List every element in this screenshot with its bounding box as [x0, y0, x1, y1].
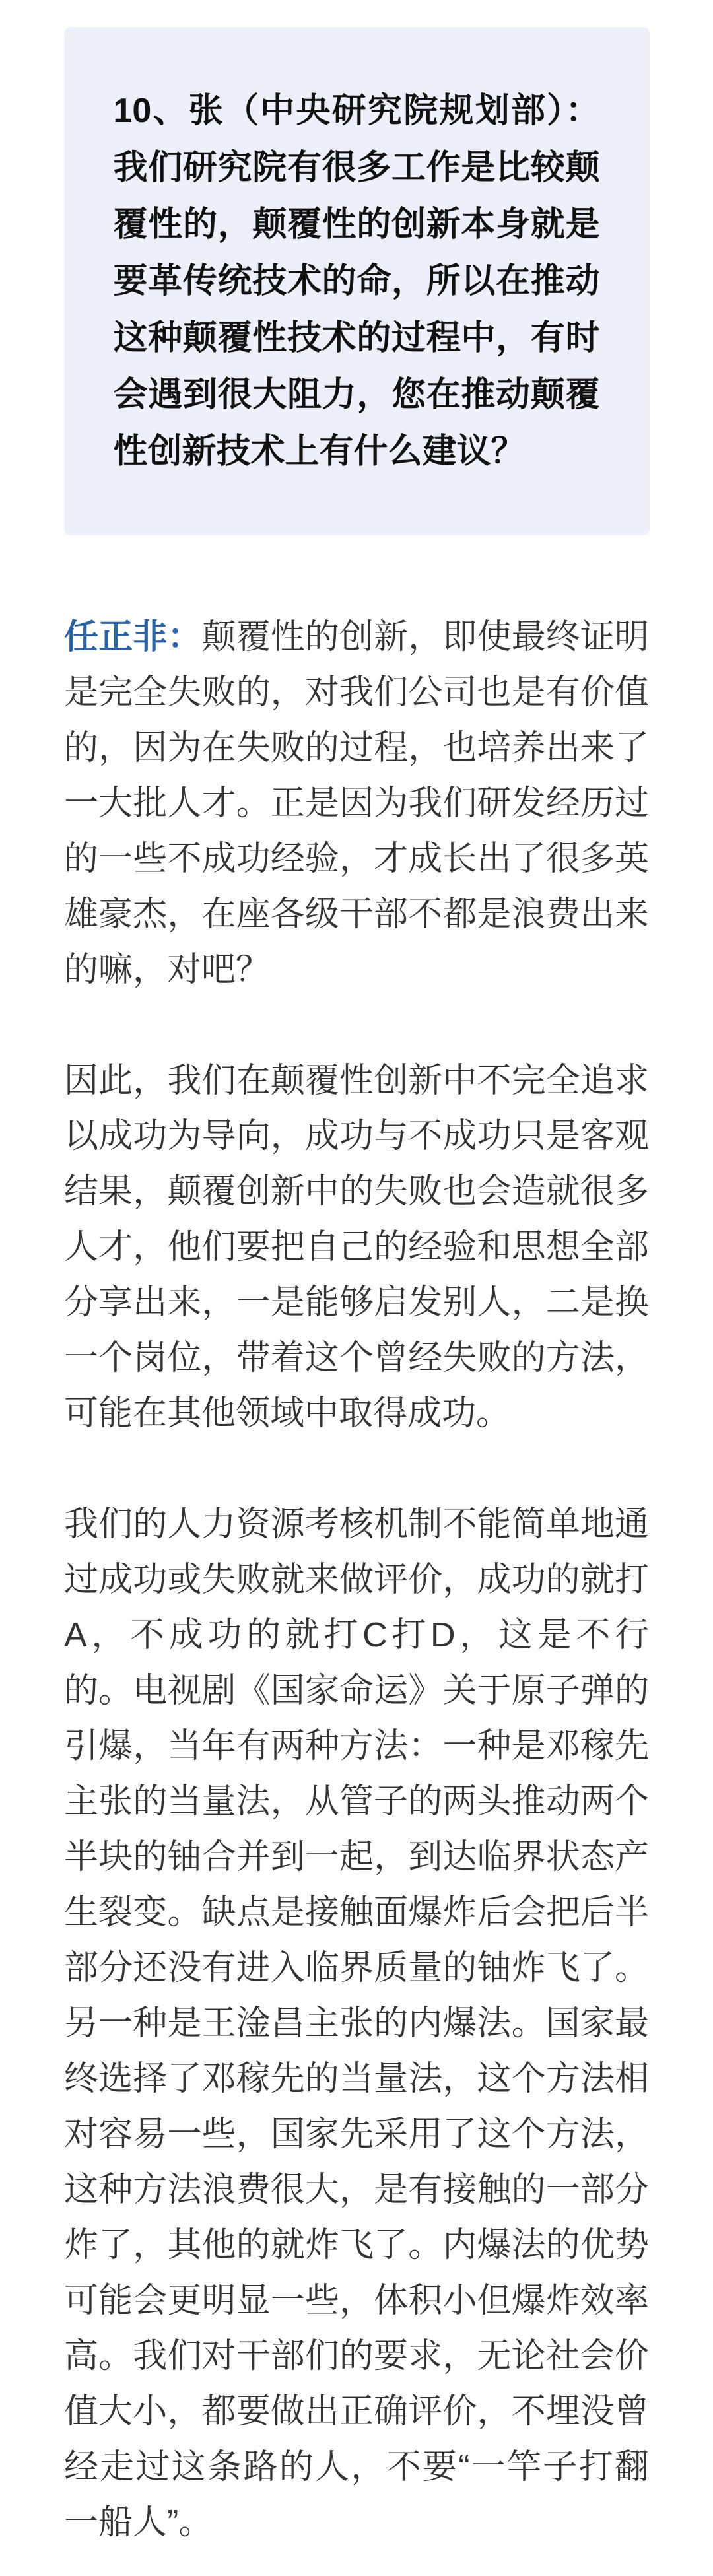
question-card: 10、张（中央研究院规划部）：我们研究院有很多工作是比较颠覆性的，颠覆性的创新本…: [64, 27, 650, 535]
answer-paragraph: 因此，我们在颠覆性创新中不完全追求以成功为导向，成功与不成功只是客观结果，颠覆创…: [64, 1053, 649, 1441]
answer-paragraph-text: 颠覆性的创新，即使最终证明是完全失败的，对我们公司也是有价值的，因为在失败的过程…: [64, 618, 649, 989]
answer-body: 任正非：颠覆性的创新，即使最终证明是完全失败的，对我们公司也是有价值的，因为在失…: [64, 609, 649, 2550]
speaker-name: 任正非：: [64, 618, 202, 656]
answer-paragraph: 我们的人力资源考核机制不能简单地通过成功或失败就来做评价，成功的就打A，不成功的…: [64, 1497, 649, 2550]
answer-paragraph: 任正非：颠覆性的创新，即使最终证明是完全失败的，对我们公司也是有价值的，因为在失…: [64, 609, 649, 998]
question-text: 10、张（中央研究院规划部）：我们研究院有很多工作是比较颠覆性的，颠覆性的创新本…: [114, 83, 600, 480]
